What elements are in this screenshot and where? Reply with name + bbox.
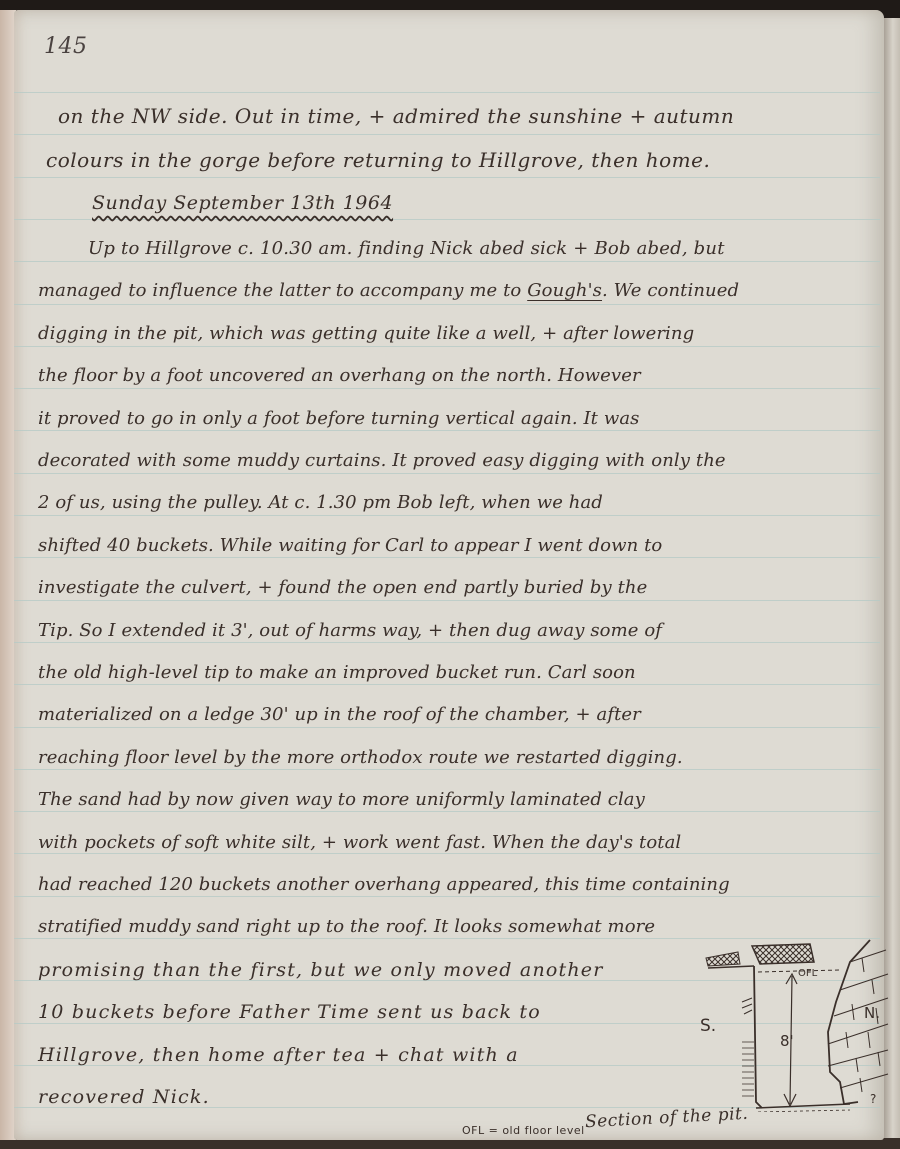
ruled-line [14,473,880,474]
text-segment: . We continued [602,280,739,301]
text-segment: on the NW side. Out in time, + admired t… [58,104,734,128]
handwritten-line: 10 buckets before Father Time sent us ba… [38,1001,541,1023]
ruled-line [14,177,880,178]
text-segment: the old high-level tip to make an improv… [38,662,636,683]
text-segment: investigate the culvert, + found the ope… [38,577,647,598]
ruled-line [14,388,880,389]
pit-section-drawing [700,932,890,1112]
text-segment: managed to influence the latter to accom… [38,280,527,301]
sketch-legend: OFL = old floor level [462,1124,585,1137]
ruled-line [14,219,880,220]
text-segment: 10 buckets before Father Time sent us ba… [38,1001,541,1023]
text-segment: had reached 120 buckets another overhang… [38,874,730,895]
south-label: S. [700,1016,716,1036]
handwritten-line: stratified muddy sand right up to the ro… [38,916,655,937]
text-segment: reaching floor level by the more orthodo… [38,747,683,768]
handwritten-line: it proved to go in only a foot before tu… [38,408,640,429]
text-segment: the floor by a foot uncovered an overhan… [38,365,641,386]
text-segment: colours in the gorge before returning to… [46,148,710,172]
ruled-line [14,896,880,897]
ruled-line [14,557,880,558]
handwritten-line: the old high-level tip to make an improv… [38,662,636,683]
handwritten-line: the floor by a foot uncovered an overhan… [38,365,641,386]
text-segment: decorated with some muddy curtains. It p… [38,450,726,471]
text-segment: Hillgrove, then home after tea + chat wi… [38,1044,519,1066]
depth-label: 8' [780,1032,794,1050]
text-segment: it proved to go in only a foot before tu… [38,408,640,429]
ruled-line [14,261,880,262]
handwritten-line: colours in the gorge before returning to… [46,148,710,172]
text-segment: digging in the pit, which was getting qu… [38,323,694,344]
handwritten-line: digging in the pit, which was getting qu… [38,323,694,344]
entry-date-heading: Sunday September 13th 1964 [92,192,393,214]
underlined-place-name: Gough's [527,280,602,301]
text-segment: Tip. So I extended it 3', out of harms w… [38,620,662,641]
ruled-line [14,811,880,812]
ofl-label: OFL [798,968,817,979]
handwritten-line: managed to influence the latter to accom… [38,280,739,301]
north-label: N. [864,1004,880,1022]
handwritten-line: Tip. So I extended it 3', out of harms w… [38,620,662,641]
ruled-line [14,600,880,601]
ruled-line [14,684,880,685]
ruled-line [14,769,880,770]
handwritten-line: with pockets of soft white silt, + work … [38,832,681,853]
handwritten-line: recovered Nick. [38,1086,210,1108]
handwritten-line: had reached 120 buckets another overhang… [38,874,730,895]
handwritten-line: reaching floor level by the more orthodo… [38,747,683,768]
text-segment: recovered Nick. [38,1086,210,1108]
ruled-line [14,304,880,305]
ruled-line [14,92,880,93]
handwritten-line: shifted 40 buckets. While waiting for Ca… [38,535,662,556]
text-segment: The sand had by now given way to more un… [38,789,645,810]
ruled-line [14,430,880,431]
handwritten-line: Hillgrove, then home after tea + chat wi… [38,1044,519,1066]
unknown-mark: ? [870,1092,876,1106]
text-segment: Up to Hillgrove c. 10.30 am. finding Nic… [88,238,725,259]
ruled-line [14,853,880,854]
text-segment: stratified muddy sand right up to the ro… [38,916,655,937]
handwritten-line: materialized on a ledge 30' up in the ro… [38,704,641,725]
text-segment: promising than the first, but we only mo… [38,959,604,981]
handwritten-line: on the NW side. Out in time, + admired t… [58,104,734,128]
text-segment: with pockets of soft white silt, + work … [38,832,681,853]
pit-section-sketch: OFL S. N. 8' ? [700,932,890,1112]
handwritten-line: The sand had by now given way to more un… [38,789,645,810]
ruled-line [14,515,880,516]
ruled-line [14,727,880,728]
handwritten-line: 2 of us, using the pulley. At c. 1.30 pm… [38,492,603,513]
page-number: 145 [44,34,88,59]
handwritten-line: decorated with some muddy curtains. It p… [38,450,726,471]
text-segment: shifted 40 buckets. While waiting for Ca… [38,535,662,556]
handwritten-line: Up to Hillgrove c. 10.30 am. finding Nic… [88,238,725,259]
text-segment: materialized on a ledge 30' up in the ro… [38,704,641,725]
handwritten-line: investigate the culvert, + found the ope… [38,577,647,598]
ruled-line [14,346,880,347]
ruled-line [14,134,880,135]
handwritten-line: promising than the first, but we only mo… [38,959,604,981]
ruled-line [14,642,880,643]
text-segment: 2 of us, using the pulley. At c. 1.30 pm… [38,492,603,513]
